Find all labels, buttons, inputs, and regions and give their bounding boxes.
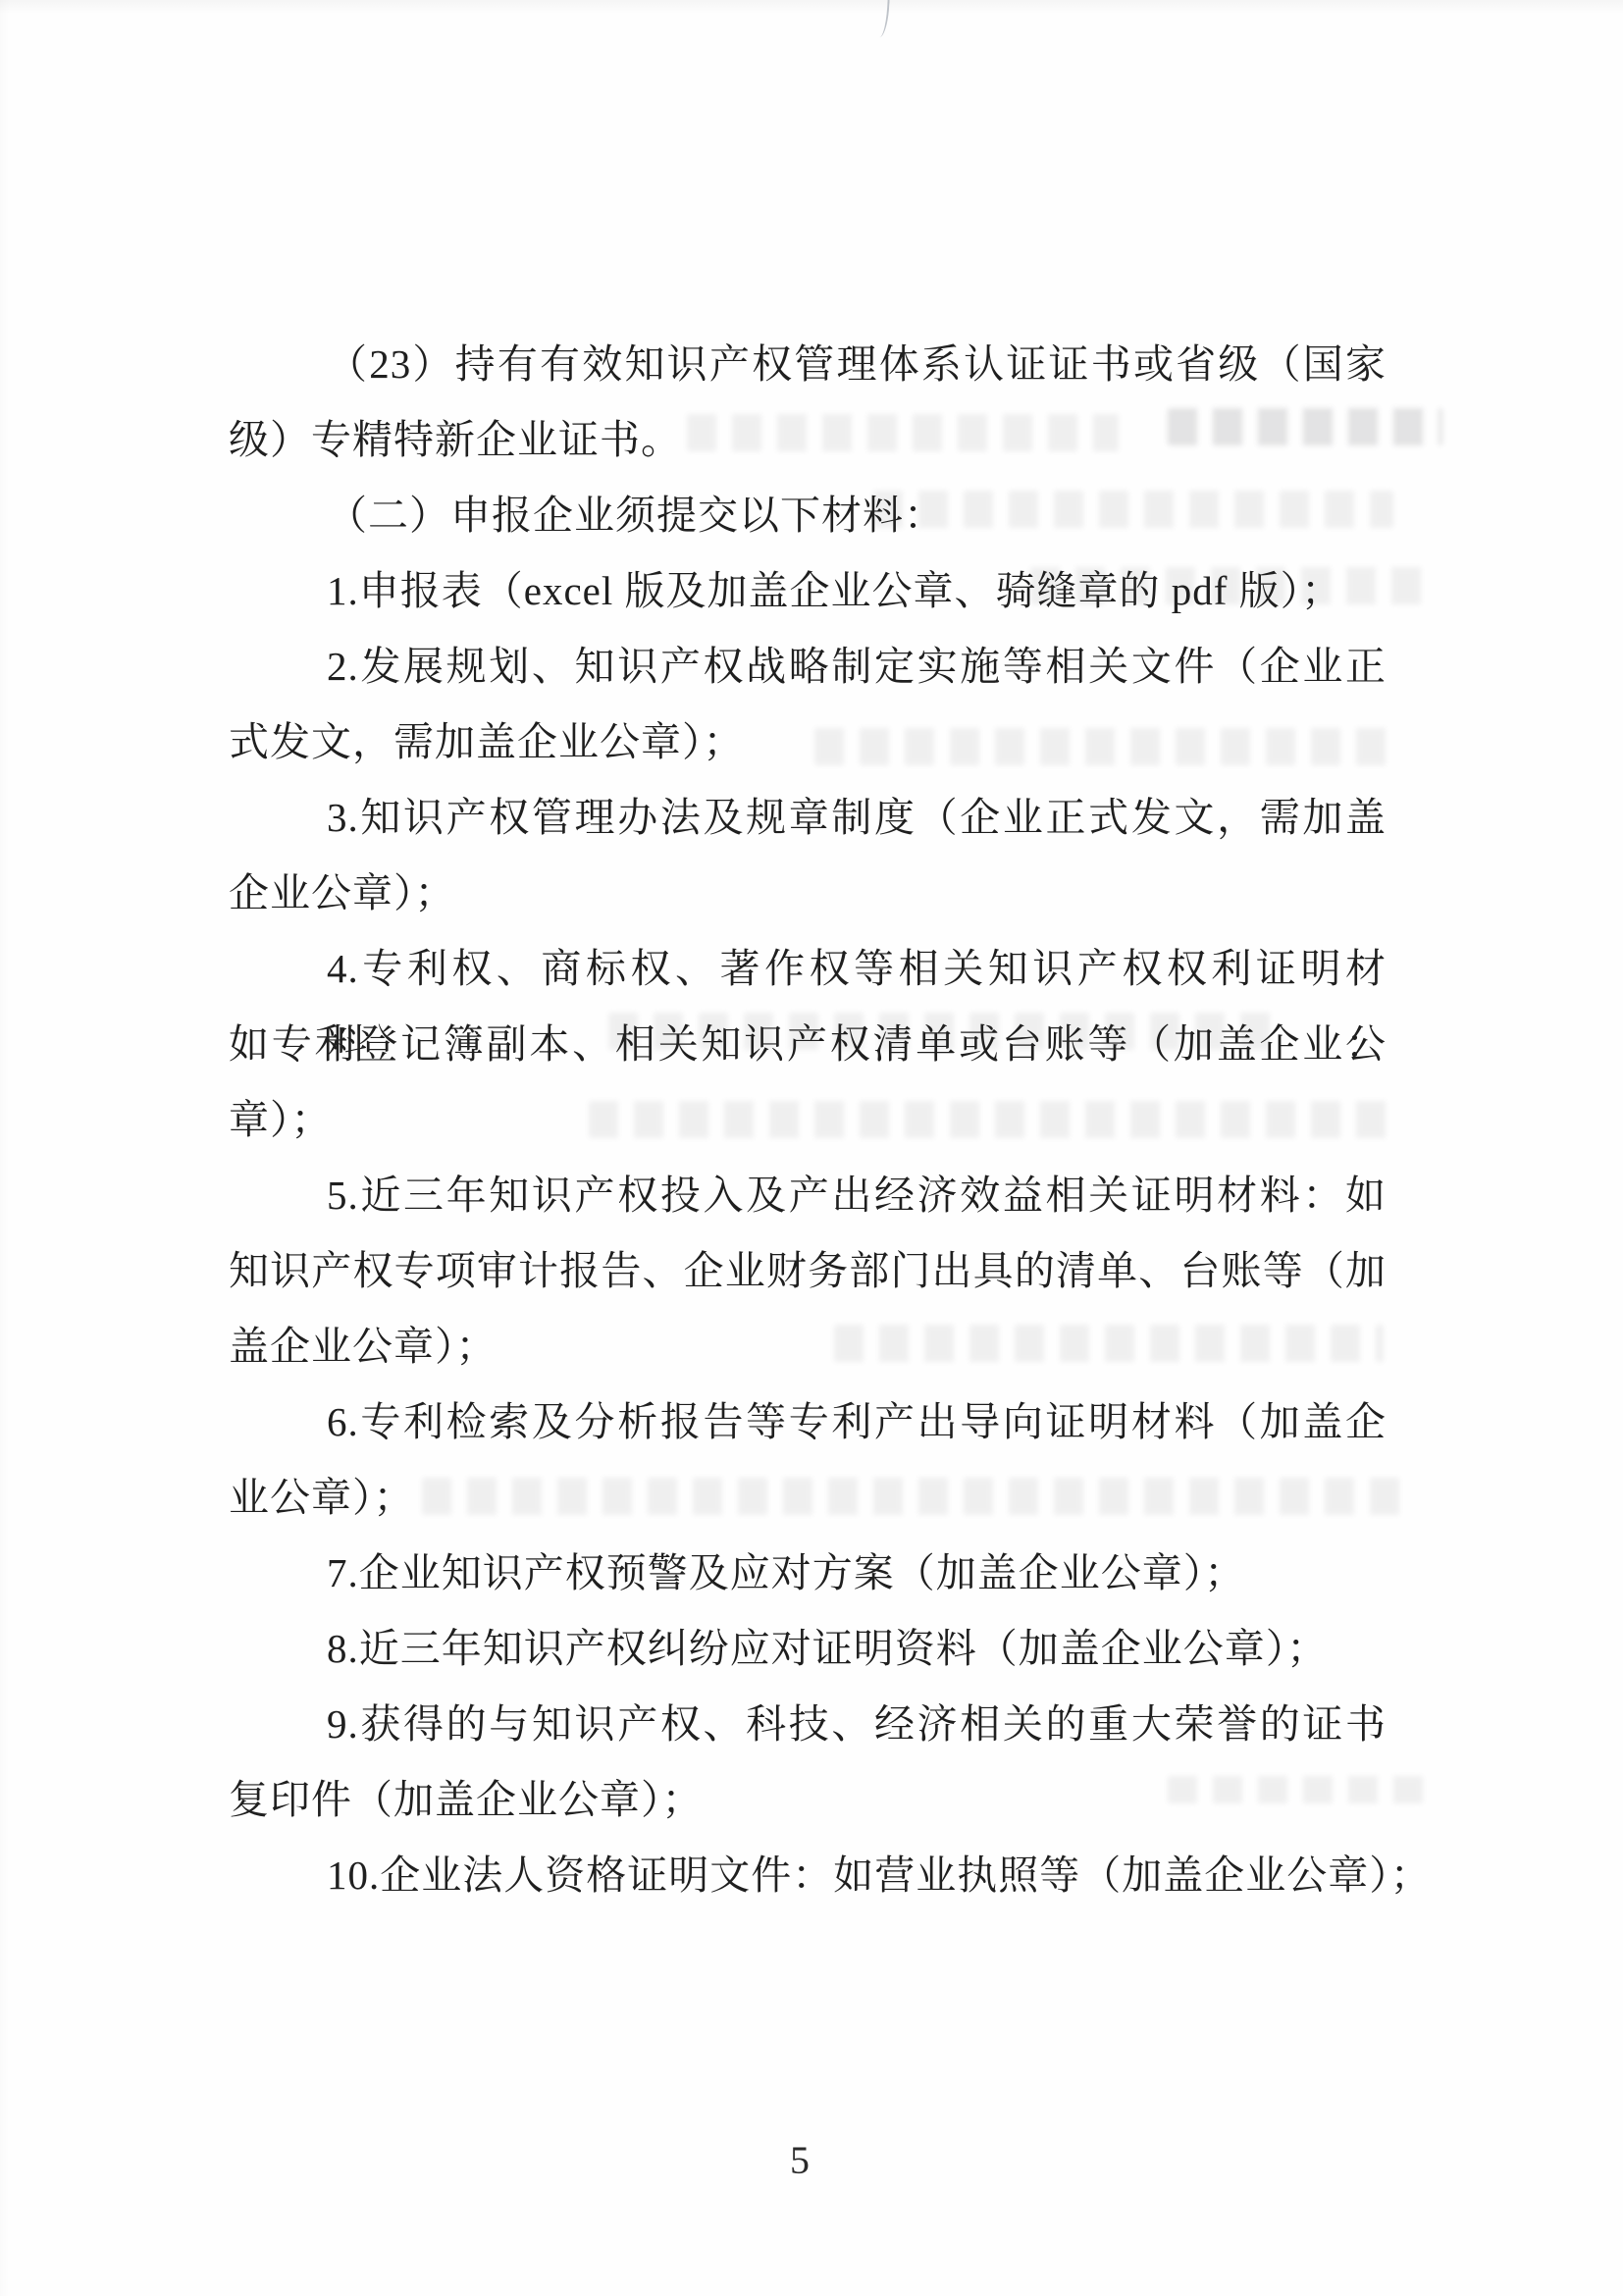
text-line: 9.获得的与知识产权、科技、经济相关的重大荣誉的证书 [229,1687,1387,1762]
text-line: 8.近三年知识产权纠纷应对证明资料（加盖企业公章）； [229,1611,1387,1687]
text-line: 级）专精特新企业证书。 [229,402,1387,478]
text-line: （23）持有有效知识产权管理体系认证证书或省级（国家 [229,327,1387,402]
scan-artifact [878,0,889,37]
text-line: 章）； [229,1082,1387,1158]
text-line: （二）申报企业须提交以下材料： [229,478,1387,553]
document-body: （23）持有有效知识产权管理体系认证证书或省级（国家级）专精特新企业证书。（二）… [229,327,1387,1913]
text-line: 复印件（加盖企业公章）； [229,1762,1387,1838]
text-line: 7.企业知识产权预警及应对方案（加盖企业公章）； [229,1536,1387,1611]
text-line: 盖企业公章）； [229,1309,1387,1384]
text-line: 5.近三年知识产权投入及产出经济效益相关证明材料：如 [229,1158,1387,1233]
text-line: 如专利登记簿副本、相关知识产权清单或台账等（加盖企业公 [229,1007,1387,1082]
text-line: 3.知识产权管理办法及规章制度（企业正式发文，需加盖 [229,780,1387,856]
text-line: 2.发展规划、知识产权战略制定实施等相关文件（企业正 [229,629,1387,704]
text-line: 4.专利权、商标权、著作权等相关知识产权权利证明材料： [229,931,1387,1007]
document-page: （23）持有有效知识产权管理体系认证证书或省级（国家级）专精特新企业证书。（二）… [0,0,1623,2296]
text-line: 6.专利检索及分析报告等专利产出导向证明材料（加盖企 [229,1384,1387,1460]
text-line: 式发文，需加盖企业公章）； [229,704,1387,780]
text-line: 10.企业法人资格证明文件：如营业执照等（加盖企业公章）； [229,1838,1387,1913]
text-line: 业公章）； [229,1460,1387,1536]
text-line: 1.申报表（excel 版及加盖企业公章、骑缝章的 pdf 版）； [229,553,1387,629]
page-number: 5 [760,2137,839,2184]
text-line: 企业公章）； [229,856,1387,931]
text-line: 知识产权专项审计报告、企业财务部门出具的清单、台账等（加 [229,1233,1387,1309]
